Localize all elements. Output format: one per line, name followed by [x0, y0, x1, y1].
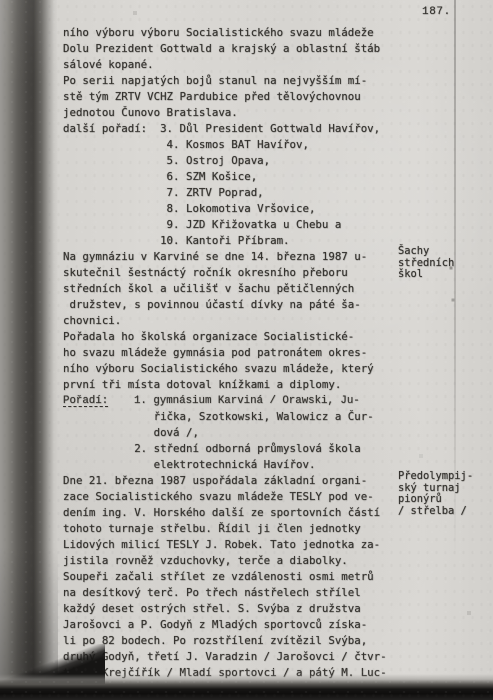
margin-note-chess: Šachy středních škol — [398, 246, 454, 281]
body-text-part1: ního výboru výboru Socialistického svazu… — [63, 25, 380, 393]
results-first-item: 1. gymnásium Karviná / Orawski, Ju- — [108, 395, 360, 407]
book-binding-shadow — [0, 0, 58, 700]
results-line: Pořadí: 1. gymnásium Karviná / Orawski, … — [63, 393, 360, 409]
scanned-page: 187. ního výboru výboru Socialistického … — [0, 0, 493, 700]
margin-note-shooting: Předolympij- ský turnaj pionýrů / střelb… — [398, 471, 473, 517]
page-number: 187. — [422, 6, 451, 18]
results-label: Pořadí: — [63, 395, 108, 407]
bottom-page-edge — [0, 674, 493, 700]
paper-specks — [0, 0, 2, 2]
fold-crease-line — [454, 0, 456, 560]
body-text-part2: řička, Szotkowski, Walowicz a Čur- dová … — [63, 409, 387, 681]
